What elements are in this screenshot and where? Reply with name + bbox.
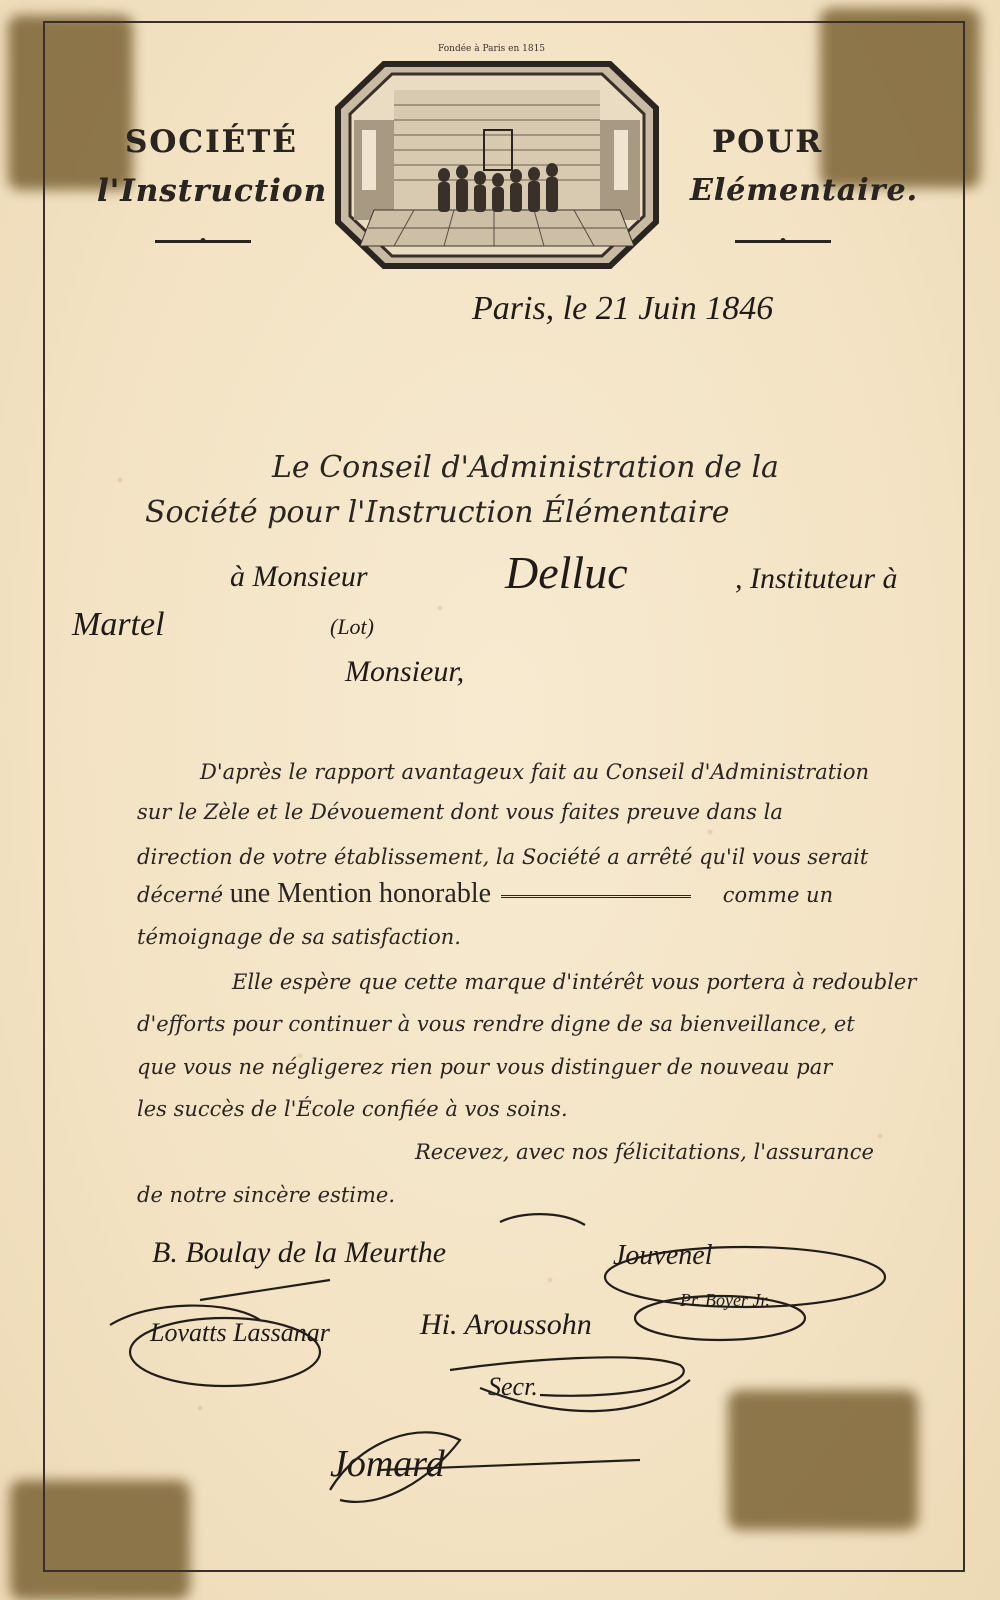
ornament-rule-left (155, 240, 251, 243)
classroom-engraving-icon (334, 60, 660, 270)
body-line-4: témoignage de sa satisfaction. (137, 925, 461, 949)
signature-4-note: Secr. (488, 1372, 538, 1402)
award-prefix: décerné (137, 883, 223, 907)
dateline: Paris, le 21 Juin 1846 (472, 290, 773, 328)
addressee-title: , Instituteur à (735, 562, 898, 596)
body-line-1: D'après le rapport avantageux fait au Co… (200, 760, 869, 784)
addressee-place: Martel (72, 606, 165, 644)
signature-1: B. Boulay de la Meurthe (152, 1236, 446, 1270)
greeting: Monsieur, (345, 655, 464, 689)
signature-2: Jouvenel (613, 1240, 713, 1272)
award-line: décerné une Mention honorable comme un (137, 878, 833, 910)
signature-5: Pr. Boyer Jr. (680, 1290, 770, 1311)
body-line-2: sur le Zèle et le Dévouement dont vous f… (137, 800, 783, 824)
addressee-prefix: à Monsieur (230, 560, 368, 594)
letterhead-instruction: l'Instruction (97, 173, 327, 209)
vignette-caption: Fondée à Paris en 1815 (438, 44, 545, 54)
addressee-name: Delluc (505, 546, 628, 599)
body-line-10: de notre sincère estime. (137, 1183, 395, 1207)
award-blank-rule (501, 895, 691, 898)
letterhead-societe: SOCIÉTÉ (125, 124, 298, 160)
salutation-line-2: Société pour l'Instruction Élémentaire (145, 495, 729, 530)
body-line-3: direction de votre établissement, la Soc… (137, 845, 868, 869)
body-line-6: d'efforts pour continuer à vous rendre d… (137, 1012, 855, 1036)
signature-4: Hi. Aroussohn (420, 1308, 592, 1342)
signature-6: Jomard (330, 1442, 445, 1486)
ornament-rule-right (735, 240, 831, 243)
award-name: une Mention honorable (230, 878, 491, 909)
salutation-line-1: Le Conseil d'Administration de la (272, 450, 779, 485)
letterhead-pour: POUR (712, 124, 823, 160)
letterhead-elementaire: Elémentaire. (690, 173, 918, 208)
body-line-9: Recevez, avec nos félicitations, l'assur… (415, 1140, 874, 1164)
body-line-8: les succès de l'École confiée à vos soin… (137, 1097, 568, 1121)
award-suffix: comme un (723, 883, 833, 907)
addressee-department: (Lot) (330, 614, 374, 640)
body-line-5: Elle espère que cette marque d'intérêt v… (232, 970, 916, 994)
signature-3: Lovatts Lassanar (150, 1318, 330, 1348)
body-line-7: que vous ne négligerez rien pour vous di… (137, 1055, 832, 1079)
